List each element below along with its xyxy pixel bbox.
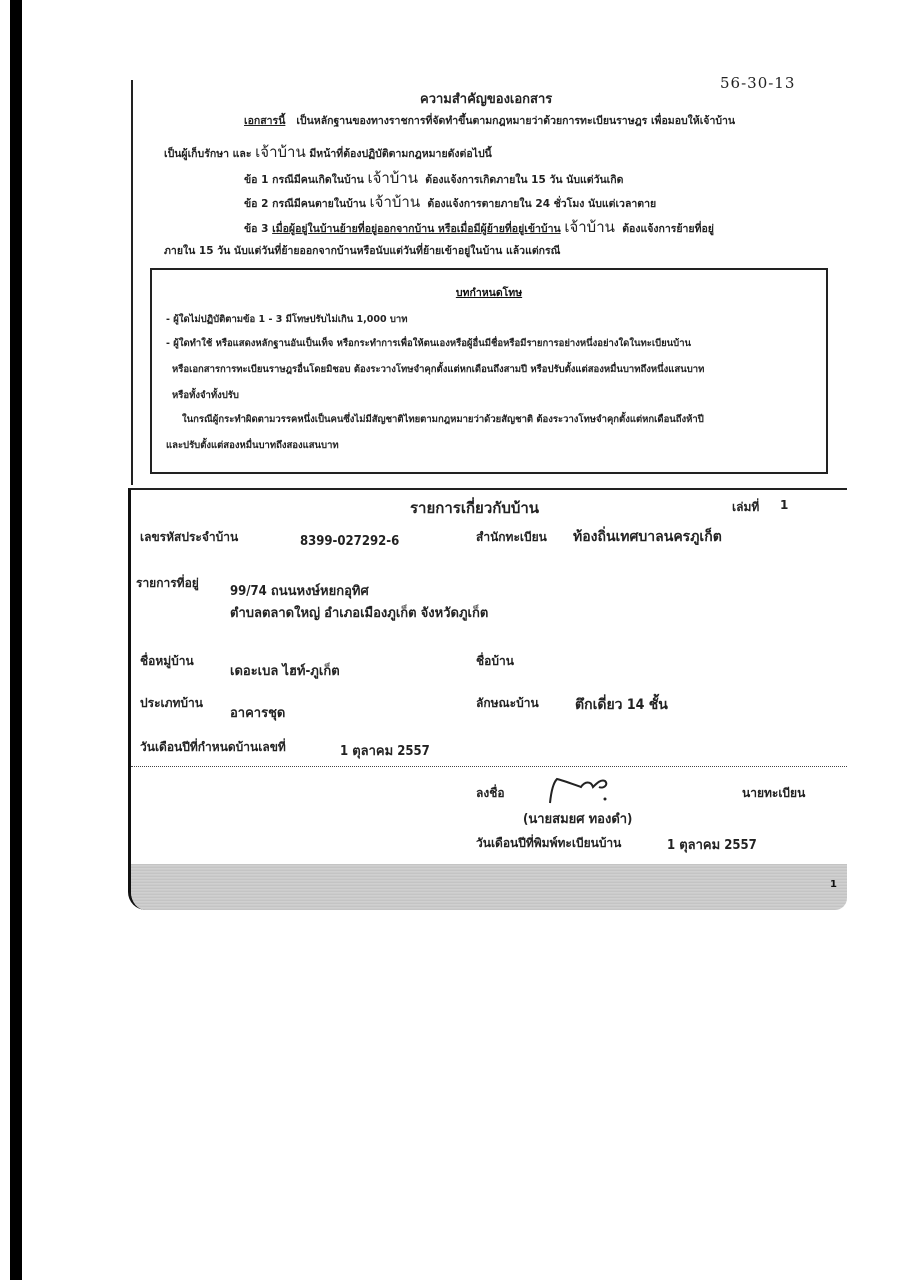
volume-number: 1	[780, 498, 788, 512]
house-id: 8399-027292-6	[300, 534, 399, 549]
document-code: 56-30-13	[720, 74, 795, 92]
house-owner-term: เจ้าบ้าน	[370, 193, 421, 211]
clause-3-continuation: ภายใน 15 วัน นับแต่วันที่ย้ายออกจากบ้านห…	[164, 242, 560, 259]
print-date-label: วันเดือนปีที่พิมพ์ทะเบียนบ้าน	[476, 834, 621, 853]
intro-text-2b: มีหน้าที่ต้องปฏิบัติตามกฎหมายดังต่อไปนี้	[309, 148, 491, 160]
number-date: 1 ตุลาคม 2557	[340, 740, 430, 761]
intro-line-2: เป็นผู้เก็บรักษา และ เจ้าบ้าน มีหน้าที่ต…	[164, 140, 492, 164]
house-name-label: ชื่อบ้าน	[476, 652, 514, 671]
clause-3: ข้อ 3 เมื่อผู้อยู่ในบ้านย้ายที่อยู่ออกจา…	[244, 215, 714, 239]
clause-duty: ต้องแจ้งการเกิดภายใน 15 วัน นับแต่วันเกิ…	[425, 174, 623, 186]
document-title: ความสำคัญของเอกสาร	[420, 88, 552, 109]
registry-office-label: สำนักทะเบียน	[476, 528, 547, 547]
scan-noise-band	[131, 864, 847, 910]
house-owner-term: เจ้าบ้าน	[255, 143, 306, 161]
intro-label: เอกสารนี้	[244, 115, 285, 127]
penalty-line: หรือเอกสารการทะเบียนราษฎรอื่นโดยมิชอบ ต้…	[172, 362, 704, 377]
house-id-label: เลขรหัสประจำบ้าน	[140, 528, 238, 547]
print-date: 1 ตุลาคม 2557	[667, 834, 757, 855]
scan-edge-bar	[10, 0, 22, 1280]
address-label: รายการที่อยู่	[136, 574, 199, 593]
village-name: เดอะเบล ไฮท์-ภูเก็ต	[230, 660, 340, 681]
penalty-line: และปรับตั้งแต่สองหมื่นบาทถึงสองแสนบาท	[166, 438, 339, 453]
clause-label: ข้อ 1	[244, 174, 268, 186]
house-section-title: รายการเกี่ยวกับบ้าน	[410, 496, 539, 520]
house-type-label: ประเภทบ้าน	[140, 694, 203, 713]
registrar-name: (นายสมยศ ทองดำ)	[523, 808, 632, 829]
sign-label: ลงชื่อ	[476, 784, 505, 803]
penalty-line: - ผู้ใดไม่ปฏิบัติตามข้อ 1 - 3 มีโทษปรับไ…	[166, 312, 408, 327]
address-line-1: 99/74 ถนนหงษ์หยกอุทิศ	[230, 580, 369, 601]
village-label: ชื่อหมู่บ้าน	[140, 652, 194, 671]
clause-case: เมื่อผู้อยู่ในบ้านย้ายที่อยู่ออกจากบ้าน …	[272, 223, 561, 235]
clause-label: ข้อ 3	[244, 223, 268, 235]
clause-label: ข้อ 2	[244, 198, 268, 210]
penalty-line: - ผู้ใดทำใช้ หรือแสดงหลักฐานอันเป็นเท็จ …	[166, 336, 691, 351]
penalty-box: บทกำหนดโทษ - ผู้ใดไม่ปฏิบัติตามข้อ 1 - 3…	[150, 268, 828, 474]
clause-duty: ต้องแจ้งการย้ายที่อยู่	[622, 223, 714, 235]
house-owner-term: เจ้าบ้าน	[564, 218, 615, 236]
number-date-label: วันเดือนปีที่กำหนดบ้านเลขที่	[140, 738, 286, 757]
intro-line-1: เอกสารนี้ เป็นหลักฐานของทางราชการที่จัดท…	[244, 112, 735, 129]
house-style-label: ลักษณะบ้าน	[476, 694, 539, 713]
signature	[545, 775, 635, 805]
address-line-2: ตำบลตลาดใหญ่ อำเภอเมืองภูเก็ต จังหวัดภูเ…	[230, 602, 488, 623]
house-owner-term: เจ้าบ้าน	[367, 169, 418, 187]
intro-text: เป็นหลักฐานของทางราชการที่จัดทำขึ้นตามกฎ…	[296, 115, 735, 127]
registrar-title: นายทะเบียน	[742, 784, 805, 803]
intro-text-2a: เป็นผู้เก็บรักษา และ	[164, 148, 252, 160]
volume-label: เล่มที่	[732, 498, 759, 517]
clause-1: ข้อ 1 กรณีมีคนเกิดในบ้าน เจ้าบ้าน ต้องแจ…	[244, 166, 623, 190]
clause-duty: ต้องแจ้งการตายภายใน 24 ชั่วโมง นับแต่เวล…	[427, 198, 656, 210]
penalty-line: หรือทั้งจำทั้งปรับ	[172, 388, 239, 403]
clause-case: กรณีมีคนตายในบ้าน	[272, 198, 366, 210]
clause-2: ข้อ 2 กรณีมีคนตายในบ้าน เจ้าบ้าน ต้องแจ้…	[244, 190, 656, 214]
dotted-separator	[131, 766, 847, 767]
registry-office: ท้องถิ่นเทศบาลนครภูเก็ต	[573, 526, 722, 548]
house-style: ตึกเดี่ยว 14 ชั้น	[575, 694, 668, 716]
page-number: 1	[830, 879, 837, 890]
clause-case: กรณีมีคนเกิดในบ้าน	[272, 174, 364, 186]
penalty-title: บทกำหนดโทษ	[152, 284, 826, 301]
house-type: อาคารชุด	[230, 702, 285, 723]
penalty-line: ในกรณีผู้กระทำผิดตามวรรคหนึ่งเป็นคนซึ่งไ…	[182, 412, 704, 427]
